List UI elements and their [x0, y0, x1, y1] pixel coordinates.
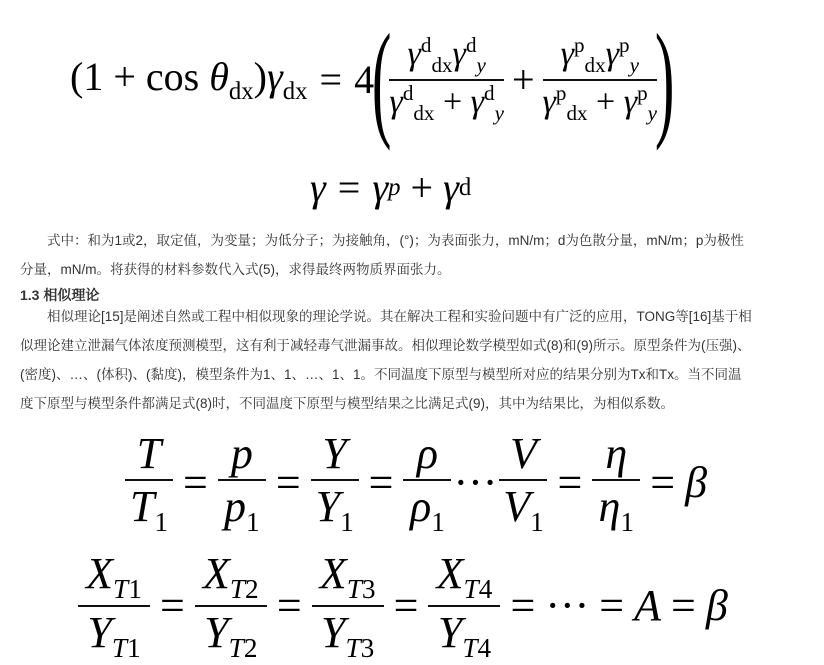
fraction-density: ρρ1: [403, 428, 451, 538]
fraction-t1: XT1YT1: [78, 548, 150, 664]
paragraph-variable-definitions: 式中：和为1或2，取定值，为变量；为低分子；为接触角，(°)；为表面张力，mN/…: [20, 226, 744, 284]
equation-similarity-conditions: TT1 = pp1 = YY1 = ρρ1 ··· VV1 = ηη1 = β: [125, 425, 707, 540]
eq1-dispersive-term: γddxγdy γddx + γdy: [389, 33, 504, 125]
equation-result-ratio: XT1YT1 = XT2YT2 = XT3YT3 = XT4YT4 = ··· …: [78, 548, 728, 663]
eq1-lhs: (1 + cos θdx)γdx: [70, 53, 308, 106]
fraction-volume: VV1: [499, 428, 547, 538]
equation-contact-angle: (1 + cos θdx)γdx = 4 ( γddxγdy γddx + γd…: [70, 12, 672, 147]
fraction-result: YY1: [311, 428, 359, 538]
fraction-temperature: TT1: [125, 428, 173, 538]
equation-total-surface-tension: γ = γp + γd: [310, 160, 471, 215]
fraction-t2: XT2YT2: [195, 548, 267, 664]
right-paren: ): [655, 15, 674, 145]
fraction-pressure: pp1: [218, 428, 266, 538]
fraction-viscosity: ηη1: [592, 428, 640, 538]
fraction-t3: XT3YT3: [312, 548, 384, 664]
fraction-t4: XT4YT4: [428, 548, 500, 664]
paragraph-similarity-theory: 相似理论[15]是阐述自然或工程中相似现象的理论学说。其在解决工程和实验问题中有…: [20, 302, 752, 418]
left-paren: (: [372, 15, 391, 145]
eq1-polar-term: γpdxγpy γpdx + γpy: [543, 33, 658, 125]
